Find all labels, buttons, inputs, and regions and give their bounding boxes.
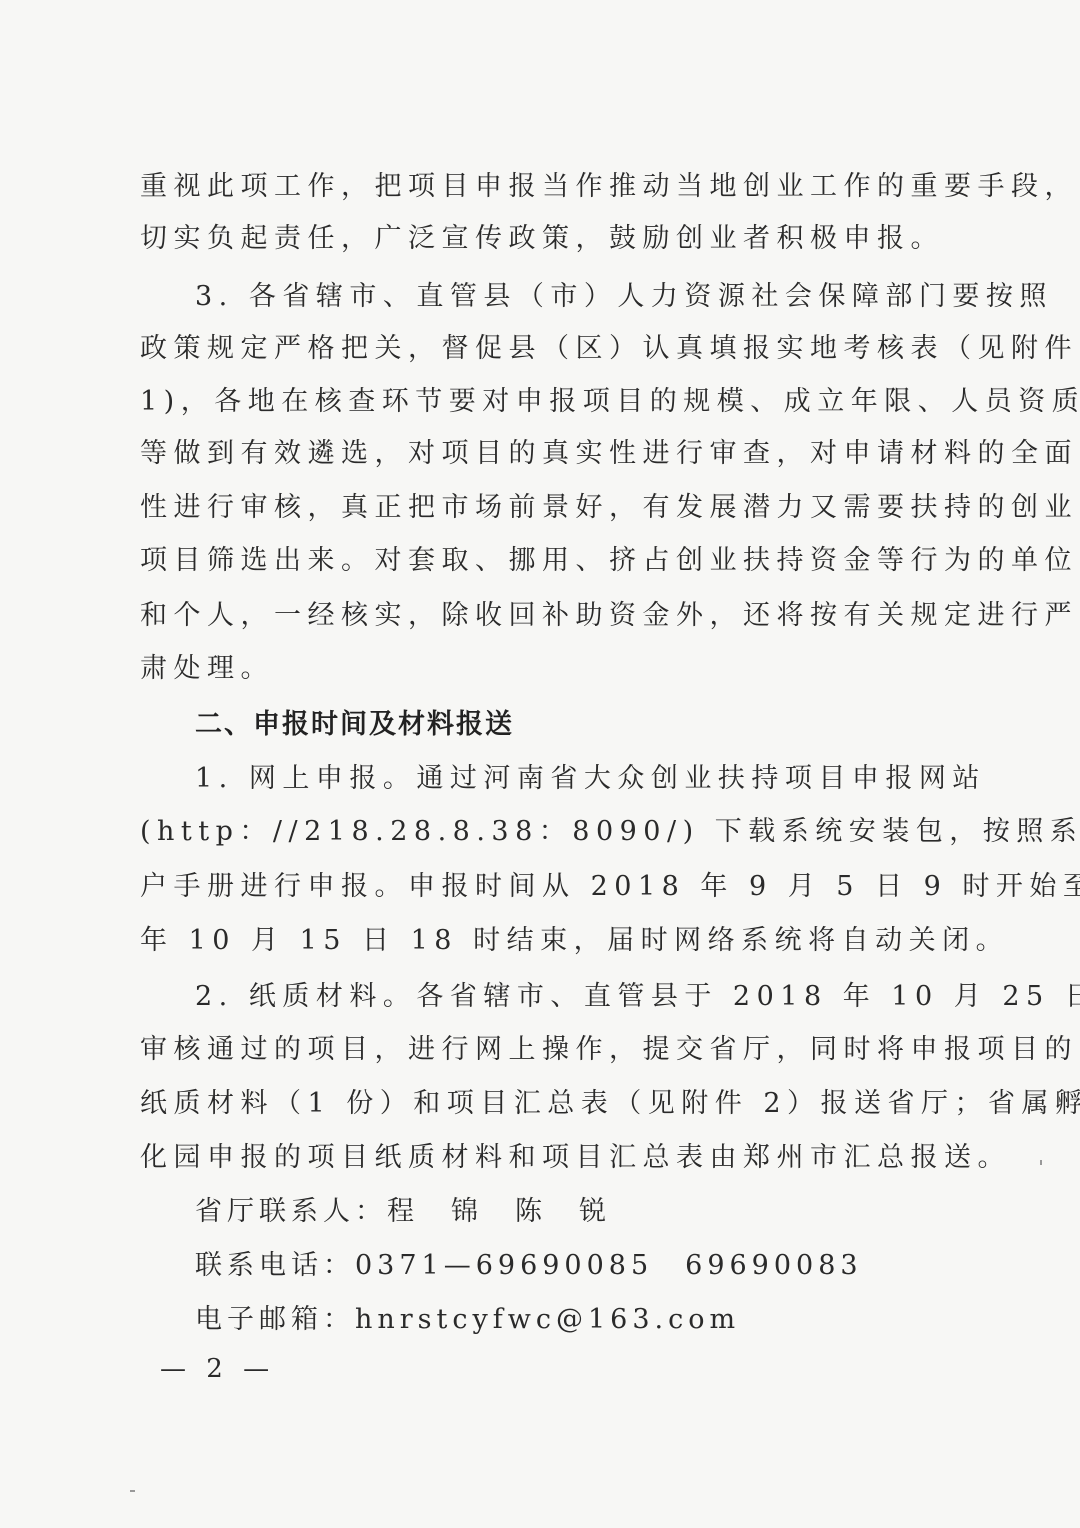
document-page: 重视此项工作，把项目申报当作推动当地创业工作的重要手段， 切实负起责任，广泛宣传…	[0, 0, 1080, 1528]
scan-speck	[1040, 1160, 1042, 1165]
paragraph-line: 2. 纸质材料。各省辖市、直管县于 2018 年 10 月 25 日前将	[195, 980, 940, 1014]
paragraph-line: 和个人，一经核实，除收回补助资金外，还将按有关规定进行严	[140, 599, 940, 633]
page-number: — 2 —	[160, 1352, 275, 1386]
paragraph-line: 项目筛选出来。对套取、挪用、挤占创业扶持资金等行为的单位	[140, 544, 940, 578]
paragraph-line: 1. 网上申报。通过河南省大众创业扶持项目申报网站	[195, 762, 940, 796]
section-heading: 二、申报时间及材料报送	[195, 708, 514, 742]
paragraph-line: 1)，各地在核查环节要对申报项目的规模、成立年限、人员资质	[140, 385, 940, 419]
paragraph-line: 肃处理。	[140, 652, 940, 686]
paragraph-line: 审核通过的项目，进行网上操作，提交省厅，同时将申报项目的	[140, 1033, 940, 1067]
paragraph-line: 政策规定严格把关，督促县（区）认真填报实地考核表（见附件	[140, 332, 940, 366]
paragraph-line: 年 10 月 15 日 18 时结束，届时网络系统将自动关闭。	[140, 924, 940, 958]
paragraph-line: (http：//218.28.8.38：8090/) 下载系统安装包，按照系统用	[140, 815, 940, 849]
contact-email-address: hnrstcyfwc@163.com	[355, 1304, 740, 1335]
contact-phone-label: 联系电话：	[195, 1250, 355, 1281]
paragraph-line: 3. 各省辖市、直管县（市）人力资源社会保障部门要按照	[195, 280, 940, 314]
contact-email-label: 电子邮箱：	[195, 1304, 355, 1335]
contact-persons: 省厅联系人：程 锦 陈 锐	[195, 1195, 611, 1229]
contact-person-label: 省厅联系人：	[195, 1196, 387, 1227]
paragraph-line: 纸质材料（1 份）和项目汇总表（见附件 2）报送省厅；省属孵	[140, 1087, 940, 1121]
contact-email: 电子邮箱：hnrstcyfwc@163.com	[195, 1303, 740, 1337]
paragraph-line: 户手册进行申报。申报时间从 2018 年 9 月 5 日 9 时开始至 2018	[140, 870, 940, 904]
paragraph-line: 等做到有效遴选，对项目的真实性进行审查，对申请材料的全面	[140, 437, 940, 471]
paragraph-line: 切实负起责任，广泛宣传政策，鼓励创业者积极申报。	[140, 222, 940, 256]
contact-phone-numbers: 0371—69690085 69690083	[355, 1250, 863, 1281]
paragraph-line: 化园申报的项目纸质材料和项目汇总表由郑州市汇总报送。	[140, 1141, 940, 1175]
paragraph-line: 重视此项工作，把项目申报当作推动当地创业工作的重要手段，	[140, 170, 940, 204]
contact-phones: 联系电话：0371—69690085 69690083	[195, 1249, 863, 1283]
contact-person-names: 程 锦 陈 锐	[387, 1196, 611, 1227]
scan-speck	[130, 1490, 135, 1492]
paragraph-line: 性进行审核，真正把市场前景好，有发展潜力又需要扶持的创业	[140, 491, 940, 525]
